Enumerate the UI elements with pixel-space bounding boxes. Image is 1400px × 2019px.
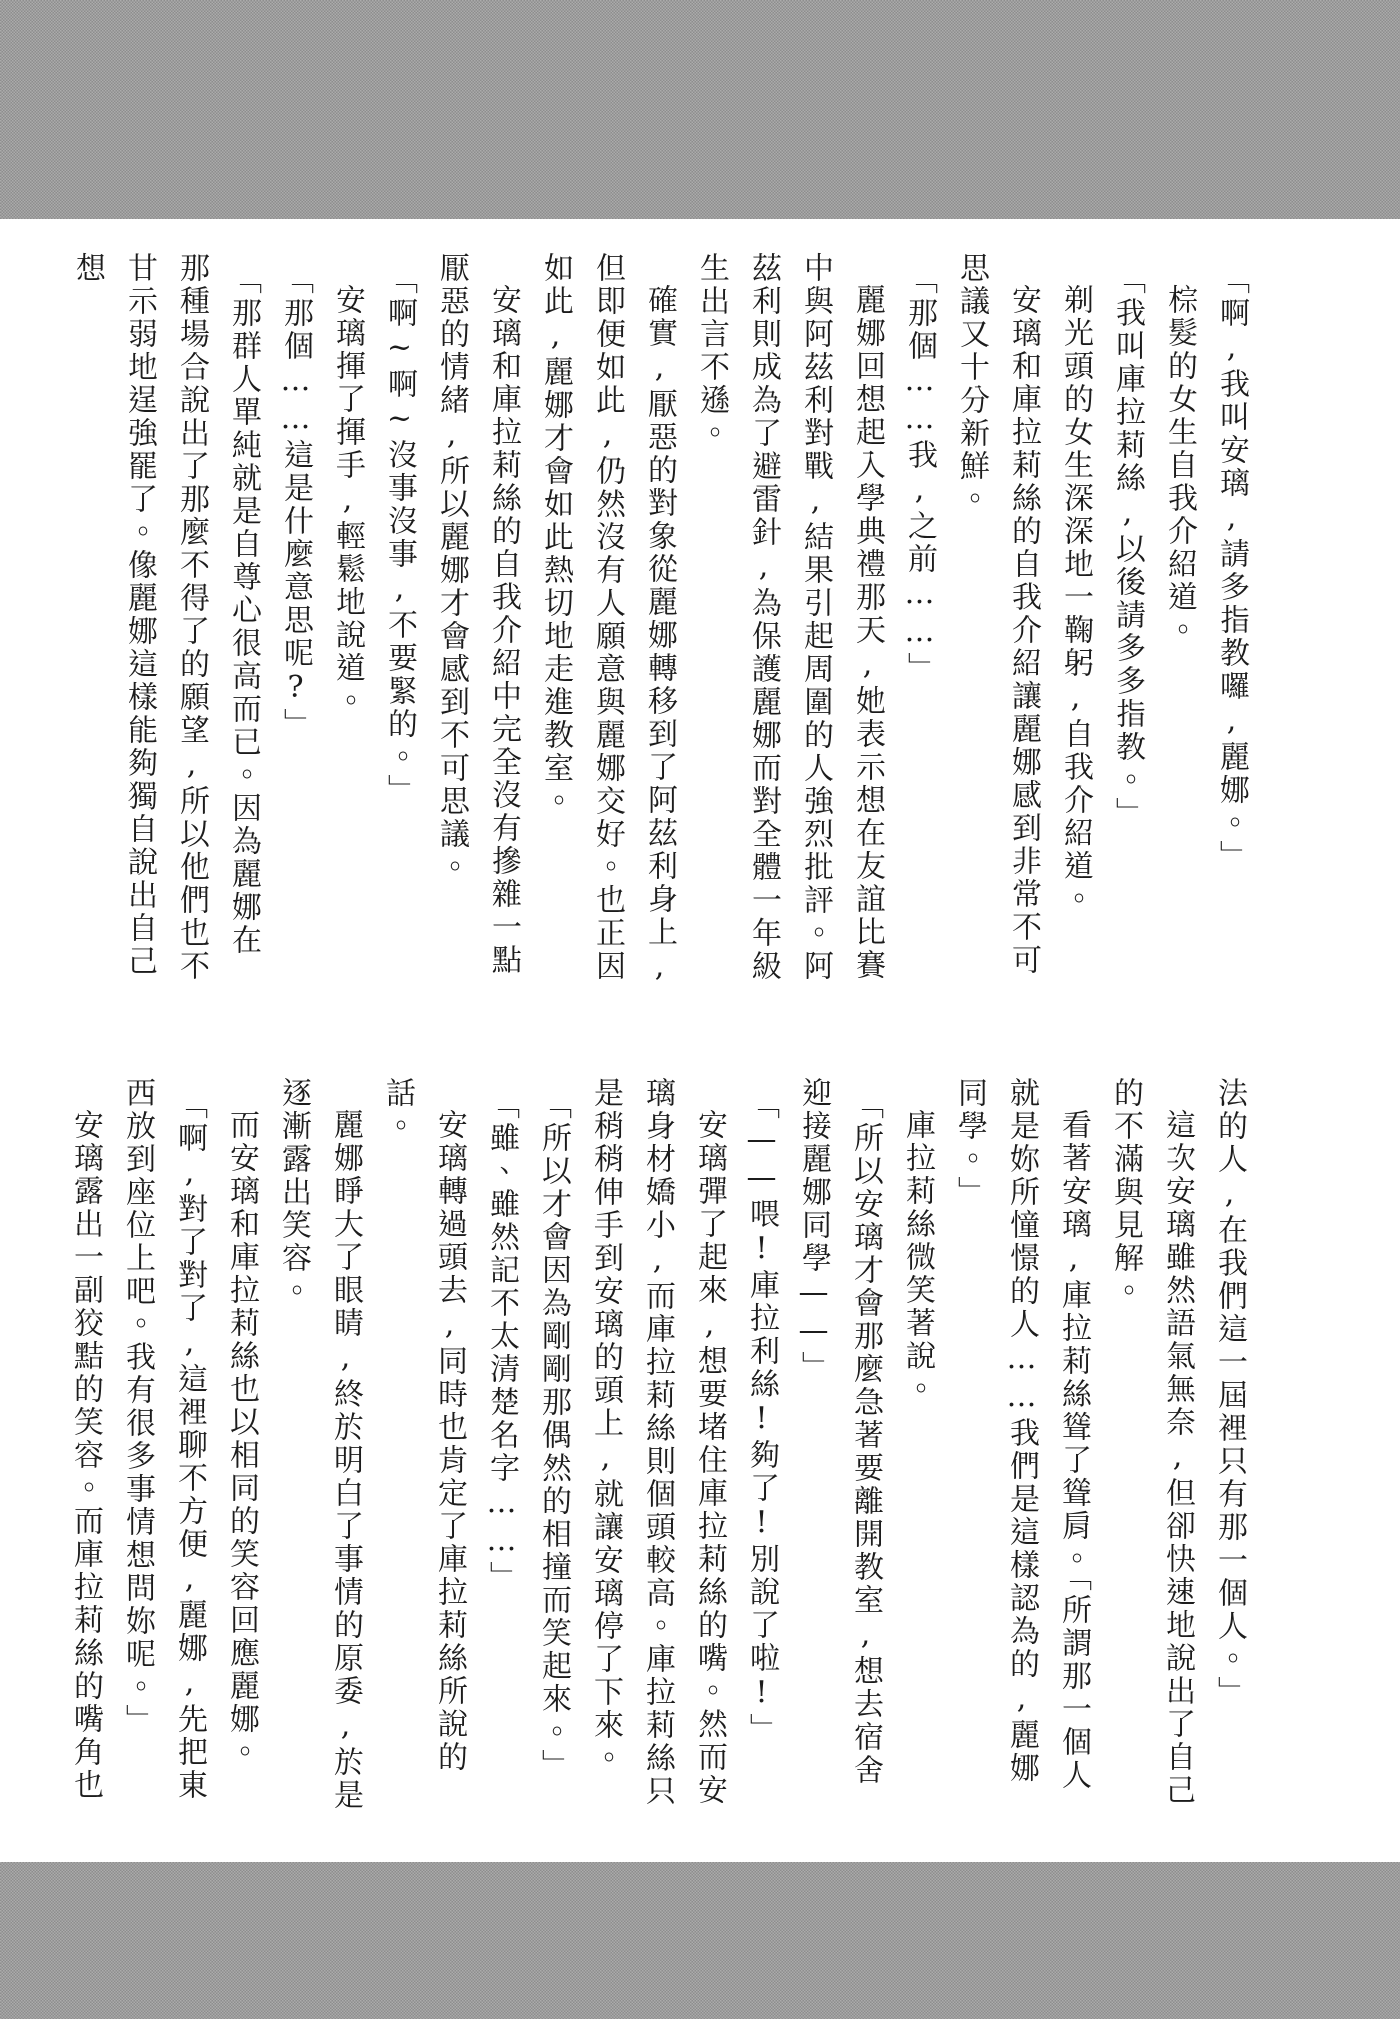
paragraph: 安璃和庫拉莉絲的自我介紹中完全沒有摻雜一點厭惡的情緒,所以麗娜才會感到不可思議。 [425,252,529,988]
paragraph: 安璃和庫拉莉絲的自我介紹讓麗娜感到非常不可思議又十分新鮮。 [945,252,1049,988]
paragraph: 安璃轉過頭去,同時也肯定了庫拉莉絲所說的話。 [371,1077,475,1813]
text-block-upper: 「啊,我叫安璃,請多指教囉,麗娜。」 棕髮的女生自我介紹道。 「我叫庫拉莉絲,以… [61,252,1257,988]
top-decorative-band [0,0,1400,219]
paragraph: 麗娜回想起入學典禮那天,她表示想在友誼比賽中與阿茲利對戰,結果引起周圍的人強烈批… [685,252,893,988]
paragraph: 「那群人單純就是自尊心很高而已。因為麗娜在那種場合說出了那麼不得了的願望,所以他… [61,252,269,988]
text-block-lower: 法的人,在我們這一屆裡只有那一個人。」 這次安璃雖然語氣無奈,但卻快速地說出了自… [59,1077,1255,1813]
paragraph: 這次安璃雖然語氣無奈,但卻快速地說出了自己的不滿與見解。 [1099,1077,1203,1813]
paragraph: 安璃露出一副狡黠的笑容。而庫拉莉絲的嘴角也 [59,1077,111,1813]
paragraph: 法的人,在我們這一屆裡只有那一個人。」 [1203,1077,1255,1813]
paragraph: 「所以安璃才會那麼急著要離開教室,想去宿舍迎接麗娜同學——」 [787,1077,891,1813]
paragraph: 「啊~啊~沒事沒事,不要緊的。」 [373,252,425,988]
paragraph: 「啊,我叫安璃,請多指教囉,麗娜。」 [1205,252,1257,988]
paragraph: 「那個……我,之前……」 [893,252,945,988]
paragraph: 「雖、雖然記不太清楚名字……」 [475,1077,527,1813]
paragraph: 棕髮的女生自我介紹道。 [1153,252,1205,988]
paragraph: 「——喂!庫拉利絲!夠了!別說了啦!」 [735,1077,787,1813]
paragraph: 庫拉莉絲微笑著說。 [891,1077,943,1813]
paragraph: 看著安璃,庫拉莉絲聳了聳肩。「所謂那一個人就是妳所憧憬的人……我們是這樣認為的,… [943,1077,1099,1813]
paragraph: 剃光頭的女生深深地一鞠躬,自我介紹道。 [1049,252,1101,988]
paragraph: 「啊,對了對了,這裡聊不方便,麗娜,先把東西放到座位上吧。我有很多事情想問妳呢。… [111,1077,215,1813]
paragraph: 「那個……這是什麼意思呢?」 [269,252,321,988]
bottom-decorative-band [0,1862,1400,2019]
paragraph: 安璃揮了揮手,輕鬆地說道。 [321,252,373,988]
paragraph: 而安璃和庫拉莉絲也以相同的笑容回應麗娜。 [215,1077,267,1813]
paragraph: 「所以才會因為剛剛那偶然的相撞而笑起來。」 [527,1077,579,1813]
paragraph: 麗娜睜大了眼睛,終於明白了事情的原委,於是逐漸露出笑容。 [267,1077,371,1813]
paragraph: 「我叫庫拉莉絲,以後請多多指教。」 [1101,252,1153,988]
paragraph: 確實,厭惡的對象從麗娜轉移到了阿茲利身上,但即便如此,仍然沒有人願意與麗娜交好。… [529,252,685,988]
paragraph: 安璃彈了起來,想要堵住庫拉莉絲的嘴。然而安璃身材嬌小,而庫拉莉絲則個頭較高。庫拉… [579,1077,735,1813]
